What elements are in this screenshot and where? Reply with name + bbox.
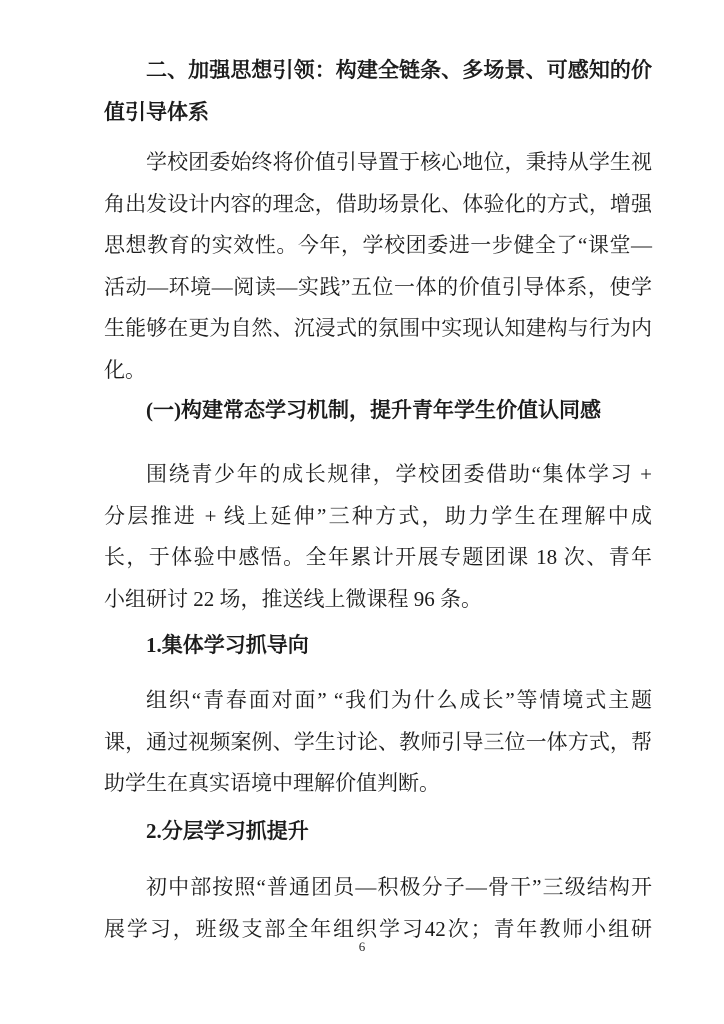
heading-line: 二、加强思想引领：构建全链条、多场景、可感知的价 bbox=[104, 50, 652, 92]
text-line: 初中部按照“普通团员—积极分子—骨干”三级结构开 bbox=[104, 867, 652, 909]
text-line: 活动—环境—阅读—实践”五位一体的价值引导体系，使学 bbox=[104, 267, 652, 309]
document-page: 二、加强思想引领：构建全链条、多场景、可感知的价 值引导体系 学校团委始终将价值… bbox=[0, 0, 724, 1024]
text-line: 助学生在真实语境中理解价值判断。 bbox=[104, 763, 652, 805]
subheading-1: (一)构建常态学习机制，提升青年学生价值认同感 bbox=[104, 390, 652, 432]
heading-line: 1.集体学习抓导向 bbox=[104, 625, 652, 667]
text-line: 课，通过视频案例、学生讨论、教师引导三位一体方式，帮 bbox=[104, 722, 652, 764]
body-paragraph-3: 组织“青春面对面” “我们为什么成长”等情境式主题 课，通过视频案例、学生讨论、… bbox=[104, 680, 652, 805]
text-line: 小组研讨 22 场，推送线上微课程 96 条。 bbox=[104, 579, 652, 621]
text-line: 分层推进 + 线上延伸”三种方式，助力学生在理解中成 bbox=[104, 496, 652, 538]
numbered-heading-1: 1.集体学习抓导向 bbox=[104, 625, 652, 667]
body-paragraph-2: 围绕青少年的成长规律，学校团委借助“集体学习 + 分层推进 + 线上延伸”三种方… bbox=[104, 454, 652, 620]
text-line: 角出发设计内容的理念，借助场景化、体验化的方式，增强 bbox=[104, 184, 652, 226]
text-line: 化。 bbox=[104, 350, 652, 392]
body-paragraph-1: 学校团委始终将价值引导置于核心地位，秉持从学生视 角出发设计内容的理念，借助场景… bbox=[104, 142, 652, 391]
text-line: 长，于体验中感悟。全年累计开展专题团课 18 次、青年 bbox=[104, 537, 652, 579]
text-line: 围绕青少年的成长规律，学校团委借助“集体学习 + bbox=[104, 454, 652, 496]
text-line: 学校团委始终将价值引导置于核心地位，秉持从学生视 bbox=[104, 142, 652, 184]
section-heading: 二、加强思想引领：构建全链条、多场景、可感知的价 值引导体系 bbox=[104, 50, 652, 133]
body-paragraph-4: 初中部按照“普通团员—积极分子—骨干”三级结构开 展学习，班级支部全年组织学习4… bbox=[104, 867, 652, 950]
text-line: 生能够在更为自然、沉浸式的氛围中实现认知建构与行为内 bbox=[104, 308, 652, 350]
heading-line: 值引导体系 bbox=[104, 92, 652, 134]
text-line: 思想教育的实效性。今年，学校团委进一步健全了“课堂— bbox=[104, 225, 652, 267]
numbered-heading-2: 2.分层学习抓提升 bbox=[104, 811, 652, 853]
page-number: 6 bbox=[0, 939, 724, 955]
heading-line: (一)构建常态学习机制，提升青年学生价值认同感 bbox=[104, 390, 652, 432]
heading-line: 2.分层学习抓提升 bbox=[104, 811, 652, 853]
text-line: 组织“青春面对面” “我们为什么成长”等情境式主题 bbox=[104, 680, 652, 722]
